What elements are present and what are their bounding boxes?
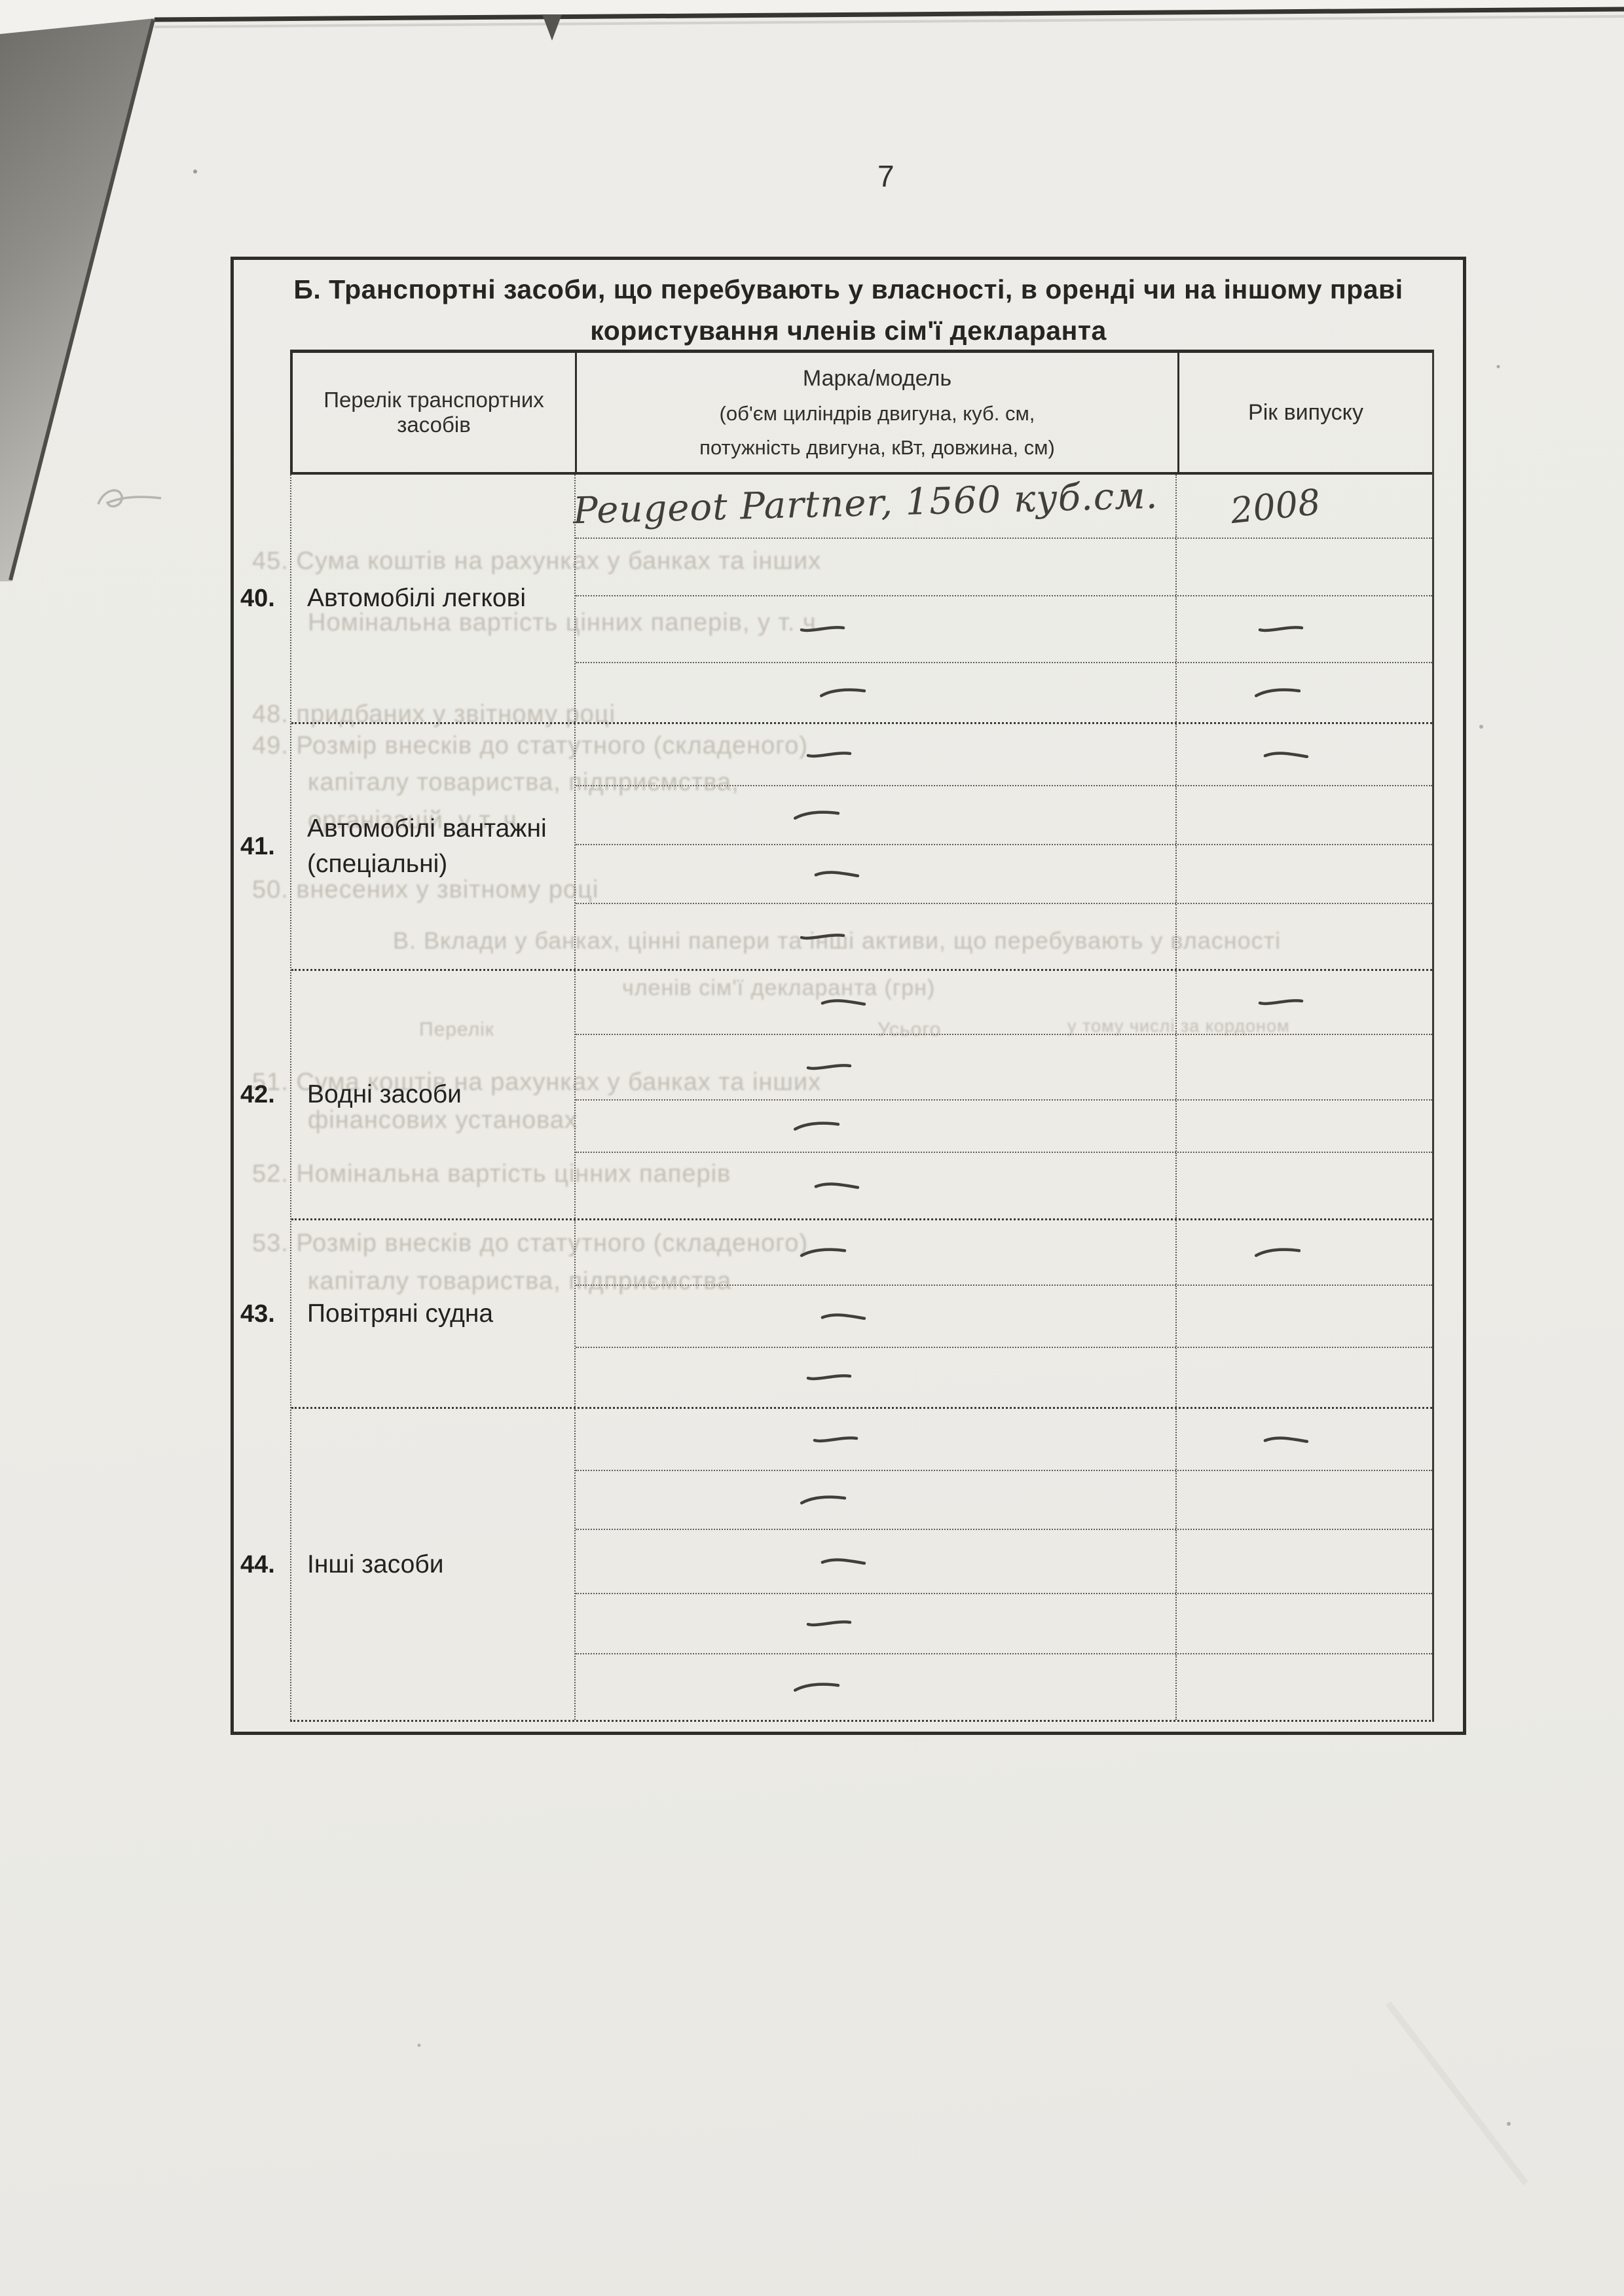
mark-model-cell xyxy=(576,1220,1177,1285)
year-cell xyxy=(1177,1654,1432,1720)
table-block-43: 43.Повітряні судна xyxy=(291,1220,1432,1409)
year-cell xyxy=(1177,786,1432,844)
year-cell xyxy=(1177,1594,1432,1653)
table-row: Peugeot Partner, 1560 куб.см.2008 xyxy=(576,475,1432,539)
mark-model-cell xyxy=(576,1035,1177,1099)
mark-model-cell xyxy=(576,1101,1177,1152)
mark-model-cell xyxy=(576,539,1177,595)
block-rows xyxy=(576,724,1432,969)
block-label-cell: 40.Автомобілі легкові xyxy=(291,475,576,722)
block-rows xyxy=(576,1220,1432,1407)
mark-model-cell xyxy=(576,971,1177,1034)
table-row xyxy=(576,1594,1432,1654)
speck xyxy=(418,2044,421,2047)
mark-model-cell xyxy=(576,1654,1177,1720)
mark-model-cell xyxy=(576,1286,1177,1347)
section-title: Б. Транспортні засоби, що перебувають у … xyxy=(234,269,1463,352)
handwritten-dash-mark xyxy=(805,1372,854,1383)
table-block-42: 42.Водні засоби xyxy=(291,971,1432,1220)
block-number: 43. xyxy=(240,1296,286,1332)
mark-model-cell xyxy=(576,1153,1177,1218)
header-col-make-model: Марка/модель (об'єм циліндрів двигуна, к… xyxy=(577,353,1179,472)
section-title-line2: користування членів сім'ї декларанта xyxy=(234,310,1463,352)
form-box: Б. Транспортні засоби, що перебувають у … xyxy=(231,257,1466,1735)
block-label-cell: 43.Повітряні судна xyxy=(291,1220,576,1407)
handwritten-dash-mark xyxy=(819,685,868,700)
block-number: 44. xyxy=(240,1547,286,1582)
header-col-year: Рік випуску xyxy=(1179,353,1432,472)
page-number: 7 xyxy=(877,158,895,194)
mark-model-cell xyxy=(576,596,1177,662)
year-cell xyxy=(1177,1153,1432,1218)
block-number: 40. xyxy=(240,581,286,616)
handwritten-dash-mark xyxy=(799,1493,848,1507)
handwritten-dash-mark xyxy=(812,867,861,881)
pencil-squiggle xyxy=(98,490,161,506)
block-label-cell: 42.Водні засоби xyxy=(291,971,576,1218)
mark-model-cell xyxy=(576,1409,1177,1470)
block-label-cell: 44.Інші засоби xyxy=(291,1409,576,1720)
table-row xyxy=(576,1220,1432,1286)
block-label-cell: 41.Автомобілі вантажні(спеціальні) xyxy=(291,724,576,969)
block-rows xyxy=(576,1409,1432,1720)
handwritten-dash-mark xyxy=(819,1309,868,1324)
table-block-40: 40.Автомобілі легковіPeugeot Partner, 15… xyxy=(291,475,1432,724)
handwritten-dash-mark xyxy=(805,1618,854,1630)
year-cell xyxy=(1177,724,1432,785)
table-row xyxy=(576,1286,1432,1348)
year-cell xyxy=(1177,539,1432,595)
table-row xyxy=(576,786,1432,845)
mark-model-cell: Peugeot Partner, 1560 куб.см. xyxy=(576,475,1177,538)
table-row xyxy=(576,1101,1432,1153)
block-number: 41. xyxy=(240,829,286,864)
year-cell xyxy=(1177,1530,1432,1593)
handwritten-dash-mark xyxy=(812,1178,861,1193)
handwritten-dash-mark xyxy=(799,623,847,635)
mark-model-cell xyxy=(576,1348,1177,1407)
speck xyxy=(193,170,197,173)
mark-model-cell xyxy=(576,1471,1177,1529)
section-letter: Б. xyxy=(293,274,321,304)
speck xyxy=(1479,725,1483,729)
handwritten-dash-year xyxy=(1261,1432,1310,1447)
block-label-text-line2: (спеціальні) xyxy=(307,847,574,882)
section-title-line1: Б. Транспортні засоби, що перебувають у … xyxy=(234,269,1463,310)
table-block-44: 44.Інші засоби xyxy=(291,1409,1432,1720)
handwritten-year: 2008 xyxy=(1228,481,1322,531)
table-row xyxy=(576,1153,1432,1218)
table-row xyxy=(576,539,1432,596)
table-body: 40.Автомобілі легковіPeugeot Partner, 15… xyxy=(290,475,1432,1720)
block-number: 42. xyxy=(240,1077,286,1112)
mark-model-cell xyxy=(576,724,1177,785)
handwritten-dash-mark xyxy=(799,1245,848,1260)
table-row xyxy=(576,971,1432,1035)
year-cell xyxy=(1177,971,1432,1034)
block-label-text: Автомобілі вантажні xyxy=(307,811,574,847)
handwritten-entry: Peugeot Partner, 1560 куб.см. xyxy=(572,475,1158,532)
mark-model-cell xyxy=(576,1594,1177,1653)
table-row xyxy=(576,1530,1432,1594)
handwritten-dash-mark xyxy=(805,749,854,761)
year-cell: 2008 xyxy=(1177,475,1432,538)
scanner-bed-shadow xyxy=(0,18,155,581)
fold-streak xyxy=(1388,2003,1526,2183)
table-row xyxy=(576,1035,1432,1101)
mark-model-cell xyxy=(576,1530,1177,1593)
mark-model-cell xyxy=(576,845,1177,903)
year-cell xyxy=(1177,663,1432,722)
handwritten-dash-mark xyxy=(805,1061,854,1073)
table-row xyxy=(576,724,1432,786)
header-make-model-line1: Марка/модель xyxy=(803,366,951,392)
scanner-lid-strip xyxy=(0,0,1624,35)
handwritten-dash-mark xyxy=(792,1119,841,1133)
year-cell xyxy=(1177,1101,1432,1152)
page-top-edge xyxy=(155,9,1624,20)
block-label-text: Водні засоби xyxy=(307,1077,574,1112)
year-cell xyxy=(1177,1220,1432,1285)
mark-model-cell xyxy=(576,663,1177,722)
year-cell xyxy=(1177,904,1432,969)
handwritten-dash-mark xyxy=(792,808,841,822)
mark-model-cell xyxy=(576,904,1177,969)
header-col-vehicle-list: Перелік транспортних засобів xyxy=(293,353,577,472)
handwritten-dash-mark xyxy=(799,931,847,943)
handwritten-dash-mark xyxy=(819,995,868,1010)
table-row xyxy=(576,1409,1432,1471)
block-rows xyxy=(576,971,1432,1218)
handwritten-dash-mark xyxy=(819,1554,868,1569)
handwritten-dash-mark xyxy=(812,1434,860,1446)
handwritten-dash-year xyxy=(1257,996,1306,1008)
year-cell xyxy=(1177,596,1432,662)
year-cell xyxy=(1177,1471,1432,1529)
mark-model-cell xyxy=(576,786,1177,844)
year-cell xyxy=(1177,1035,1432,1099)
speck xyxy=(1497,365,1500,369)
table-row xyxy=(576,596,1432,663)
page-left-edge xyxy=(10,20,153,580)
handwritten-dash-year xyxy=(1257,623,1306,635)
table-row xyxy=(576,663,1432,722)
handwritten-dash-year xyxy=(1261,748,1310,762)
block-rows: Peugeot Partner, 1560 куб.см.2008 xyxy=(576,475,1432,722)
table-row xyxy=(576,1471,1432,1530)
table-row xyxy=(576,845,1432,904)
block-label-text: Повітряні судна xyxy=(307,1296,574,1332)
year-cell xyxy=(1177,1348,1432,1407)
table-header-row: Перелік транспортних засобів Марка/модел… xyxy=(290,353,1432,475)
handwritten-dash-year xyxy=(1253,1245,1302,1260)
handwritten-dash-year xyxy=(1253,685,1302,700)
top-edge-blemish xyxy=(542,14,562,41)
table-row xyxy=(576,904,1432,969)
speck xyxy=(1507,2122,1511,2126)
table-row xyxy=(576,1654,1432,1720)
transport-table: Перелік транспортних засобів Марка/модел… xyxy=(290,350,1434,1722)
table-block-41: 41.Автомобілі вантажні(спеціальні) xyxy=(291,724,1432,971)
year-cell xyxy=(1177,1286,1432,1347)
header-make-model-line3: потужність двигуна, кВт, довжина, см) xyxy=(699,436,1055,460)
block-label-text: Автомобілі легкові xyxy=(307,581,574,616)
block-label-text: Інші засоби xyxy=(307,1547,574,1582)
header-make-model-line2: (об'єм циліндрів двигуна, куб. см, xyxy=(720,402,1035,426)
handwritten-dash-mark xyxy=(792,1680,841,1694)
table-row xyxy=(576,1348,1432,1407)
year-cell xyxy=(1177,845,1432,903)
year-cell xyxy=(1177,1409,1432,1470)
